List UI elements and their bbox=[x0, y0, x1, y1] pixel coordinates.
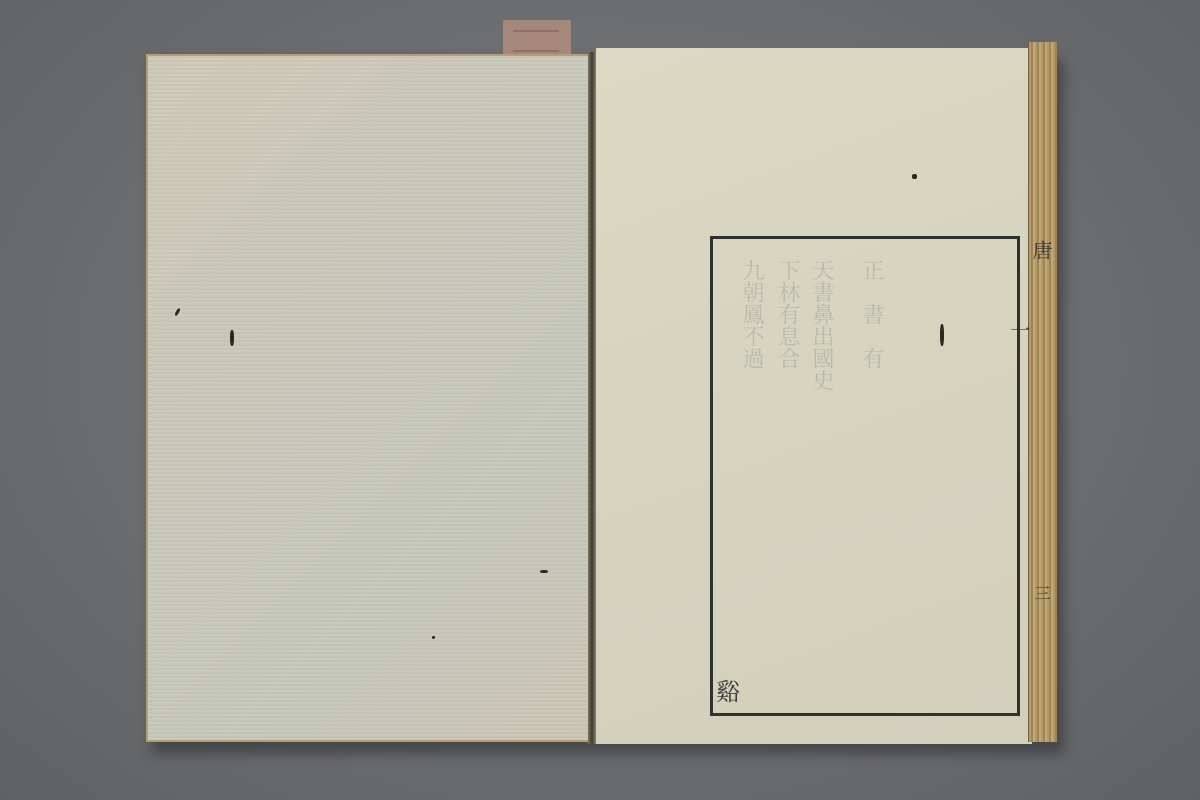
left-page-endpaper bbox=[146, 54, 592, 742]
show-through-text-column: 九朝鳳不過 bbox=[743, 259, 765, 369]
block-heart-title: 唐 一 bbox=[1030, 240, 1052, 340]
ink-speck bbox=[432, 636, 435, 639]
fore-edge bbox=[1028, 42, 1057, 742]
block-heart-page-number: 三 bbox=[1030, 585, 1053, 601]
corner-character: 谿 bbox=[716, 672, 740, 707]
show-through-text-column: 正 書 有 bbox=[863, 259, 885, 369]
ink-speck bbox=[230, 330, 234, 346]
block-heart-volume: 一 bbox=[1008, 320, 1030, 340]
index-tab-marking bbox=[513, 30, 559, 52]
printed-text-frame: 天書鼻出國史 下林有息合 九朝鳳不過 正 書 有 bbox=[710, 236, 1020, 716]
block-heart-title-char: 唐 bbox=[1030, 240, 1052, 340]
ink-speck bbox=[912, 174, 917, 179]
ink-speck bbox=[540, 570, 548, 573]
block-heart-rule bbox=[1018, 236, 1020, 716]
book-spine bbox=[588, 52, 596, 744]
show-through-text-column: 下林有息合 bbox=[779, 259, 801, 369]
show-through-text-column: 天書鼻出國史 bbox=[813, 259, 835, 391]
ink-speck bbox=[940, 324, 944, 346]
